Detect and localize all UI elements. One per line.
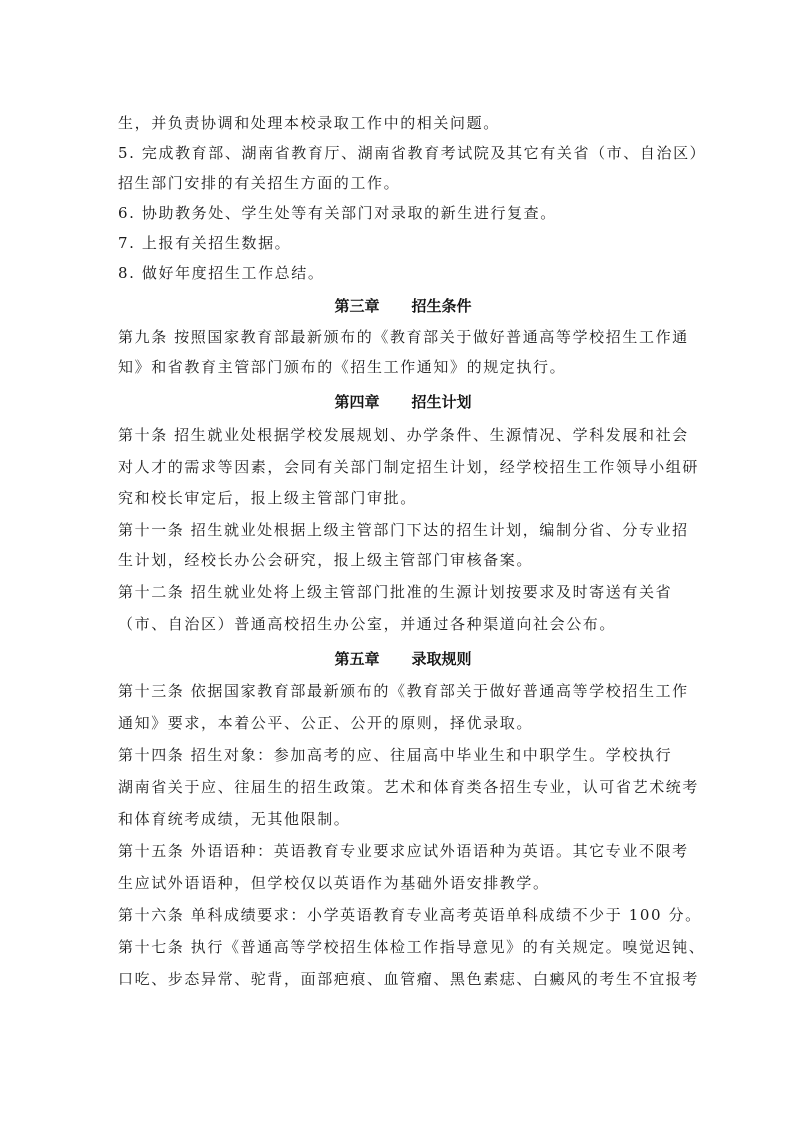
paragraph-line: 第十条 招生就业处根据学校发展规划、办学条件、生源情况、学科发展和社会 xyxy=(118,425,688,445)
paragraph-line: 知》和省教育主管部门颁布的《招生工作通知》的规定执行。 xyxy=(118,357,688,377)
paragraph-line: 第十三条 依据国家教育部最新颁布的《教育部关于做好普通高等学校招生工作 xyxy=(118,681,688,701)
paragraph-line: 通知》要求，本着公平、公正、公开的原则，择优录取。 xyxy=(118,713,688,733)
chapter-heading: 第四章招生计划 xyxy=(118,392,688,412)
paragraph-line: 生计划，经校长办公会研究，报上级主管部门审核备案。 xyxy=(118,550,688,570)
paragraph-line: 口吃、步态异常、驼背，面部疤痕、血管瘤、黑色素痣、白癜风的考生不宜报考 xyxy=(118,969,688,989)
document-page: 生，并负责协调和处理本校录取工作中的相关问题。 5. 完成教育部、湖南省教育厅、… xyxy=(0,0,793,1122)
paragraph-line: 第十二条 招生就业处将上级主管部门批准的生源计划按要求及时寄送有关省 xyxy=(118,582,688,602)
paragraph-line: 第十五条 外语语种：英语教育专业要求应试外语语种为英语。其它专业不限考 xyxy=(118,841,688,861)
chapter-title: 录取规则 xyxy=(412,650,472,668)
paragraph-line: 6. 协助教务处、学生处等有关部门对录取的新生进行复查。 xyxy=(118,203,688,223)
chapter-number: 第四章 xyxy=(334,393,379,411)
paragraph-line: 第十六条 单科成绩要求：小学英语教育专业高考英语单科成绩不少于 100 分。 xyxy=(118,905,688,925)
chapter-heading: 第五章录取规则 xyxy=(118,649,688,669)
paragraph-line: 第十四条 招生对象：参加高考的应、往届高中毕业生和中职学生。学校执行 xyxy=(118,745,688,765)
paragraph-line: 生，并负责协调和处理本校录取工作中的相关问题。 xyxy=(118,113,688,133)
chapter-number: 第五章 xyxy=(334,650,379,668)
paragraph-line: 8. 做好年度招生工作总结。 xyxy=(118,263,688,283)
paragraph-line: 第十一条 招生就业处根据上级主管部门下达的招生计划，编制分省、分专业招 xyxy=(118,520,688,540)
chapter-number: 第三章 xyxy=(334,297,379,315)
paragraph-line: 第九条 按照国家教育部最新颁布的《教育部关于做好普通高等学校招生工作通 xyxy=(118,327,688,347)
chapter-heading: 第三章招生条件 xyxy=(118,296,688,316)
chapter-title: 招生条件 xyxy=(412,297,472,315)
paragraph-line: （市、自治区）普通高校招生办公室，并通过各种渠道向社会公布。 xyxy=(118,614,688,634)
chapter-title: 招生计划 xyxy=(412,393,472,411)
paragraph-line: 生应试外语语种，但学校仅以英语作为基础外语安排教学。 xyxy=(118,873,688,893)
paragraph-line: 对人才的需求等因素，会同有关部门制定招生计划，经学校招生工作领导小组研 xyxy=(118,457,688,477)
paragraph-line: 招生部门安排的有关招生方面的工作。 xyxy=(118,173,688,193)
paragraph-line: 和体育统考成绩，无其他限制。 xyxy=(118,809,688,829)
paragraph-line: 第十七条 执行《普通高等学校招生体检工作指导意见》的有关规定。嗅觉迟钝、 xyxy=(118,937,688,957)
paragraph-line: 7. 上报有关招生数据。 xyxy=(118,233,688,253)
paragraph-line: 究和校长审定后，报上级主管部门审批。 xyxy=(118,488,688,508)
paragraph-line: 5. 完成教育部、湖南省教育厅、湖南省教育考试院及其它有关省（市、自治区） xyxy=(118,143,688,163)
paragraph-line: 湖南省关于应、往届生的招生政策。艺术和体育类各招生专业，认可省艺术统考 xyxy=(118,777,688,797)
